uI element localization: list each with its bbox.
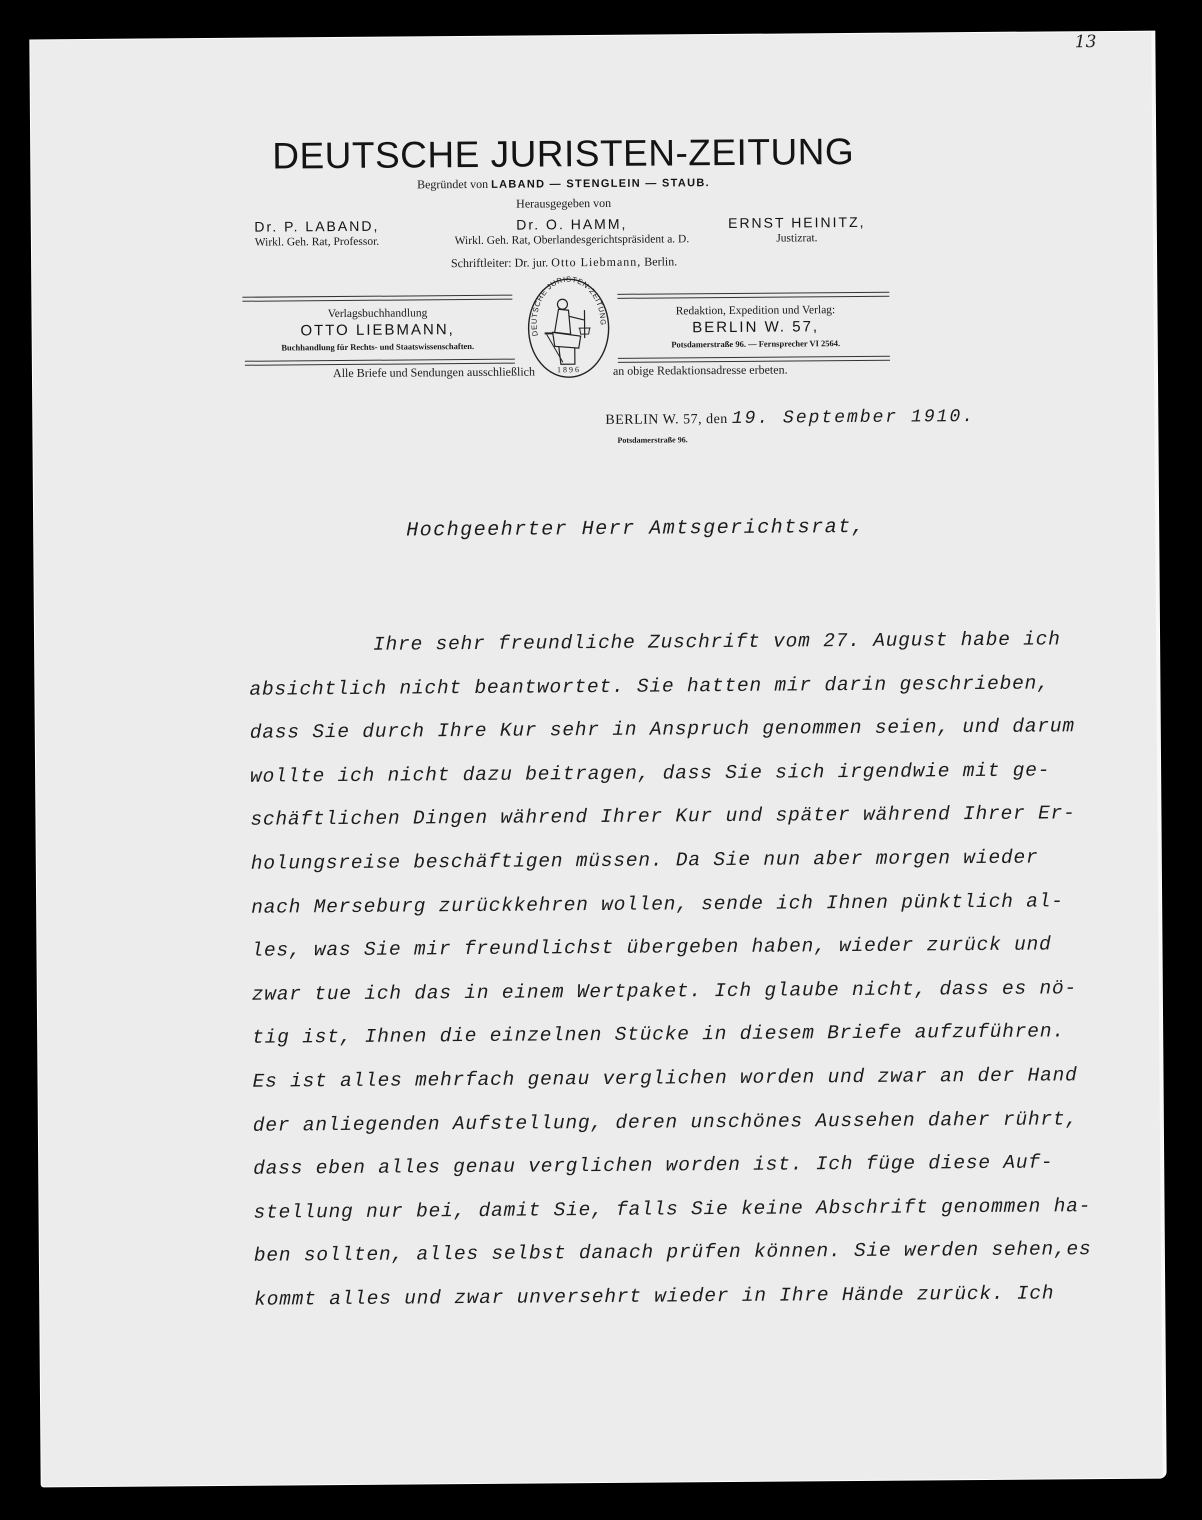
dateline-date: 19. September 1910. bbox=[732, 407, 975, 429]
office-city: BERLIN W. 57, bbox=[615, 318, 897, 338]
body-line: ben sollten, alles selbst danach prüfen … bbox=[254, 1228, 1154, 1279]
body-line: der anliegenden Aufstellung, deren unsch… bbox=[253, 1097, 1153, 1148]
letter-page: 13 DEUTSCHE JURISTEN-ZEITUNG Begründet v… bbox=[30, 32, 1165, 1487]
publisher-subtitle: Buchhandlung für Rechts- und Staatswisse… bbox=[233, 339, 523, 355]
divider-rule bbox=[242, 295, 512, 302]
publisher-name: OTTO LIEBMANN, bbox=[233, 321, 523, 341]
founders-line: Begründet von LABAND — STENGLEIN — STAUB… bbox=[227, 174, 899, 194]
founders-prefix: Begründet von bbox=[417, 177, 488, 192]
dateline-street: Potsdamerstraße 96. bbox=[617, 435, 687, 445]
editor-title: Wirkl. Geh. Rat, Oberlandesgerichtspräsi… bbox=[427, 231, 717, 249]
body-line: dass Sie durch Ihre Kur sehr in Anspruch… bbox=[250, 705, 1150, 756]
editor-title: Wirkl. Geh. Rat, Professor. bbox=[222, 233, 412, 250]
notice-right: an obige Redaktionsadresse erbeten. bbox=[613, 362, 873, 379]
schriftleiter-prefix: Schriftleiter: Dr. jur. bbox=[451, 255, 548, 270]
schriftleiter-line: Schriftleiter: Dr. jur. Otto Liebmann, B… bbox=[228, 253, 900, 273]
editor-heinitz: ERNST HEINITZ, Justizrat. bbox=[692, 214, 902, 248]
body-line: tig ist, Ihnen die einzelnen Stücke in d… bbox=[252, 1010, 1152, 1061]
letter-body: Ihre sehr freundliche Zuschrift vom 27. … bbox=[249, 618, 1154, 1323]
editor-laband: Dr. P. LABAND, Wirkl. Geh. Rat, Professo… bbox=[222, 217, 412, 250]
body-line: holungsreise beschäftigen müssen. Da Sie… bbox=[251, 836, 1151, 887]
folio-number: 13 bbox=[1075, 32, 1097, 52]
body-line: Ihre sehr freundliche Zuschrift vom 27. … bbox=[249, 618, 1149, 669]
divider-rule bbox=[617, 292, 889, 299]
body-line: zwar tue ich das in einem Wertpaket. Ich… bbox=[252, 966, 1152, 1017]
editor-name: Dr. P. LABAND, bbox=[222, 217, 412, 234]
editor-name: ERNST HEINITZ, bbox=[692, 214, 902, 232]
editor-hamm: Dr. O. HAMM, Wirkl. Geh. Rat, Oberlandes… bbox=[427, 215, 717, 249]
notice-left: Alle Briefe und Sendungen ausschließlich bbox=[255, 364, 535, 381]
salutation: Hochgeehrter Herr Amtsgerichtsrat, bbox=[406, 516, 865, 543]
body-line: wollte ich nicht dazu beitragen, dass Si… bbox=[250, 748, 1150, 799]
publisher-block: Verlagsbuchhandlung OTTO LIEBMANN, Buchh… bbox=[232, 305, 522, 355]
schriftleiter-suffix: Berlin. bbox=[644, 254, 677, 268]
office-address: Potsdamerstraße 96. — Fernsprecher VI 25… bbox=[615, 336, 897, 352]
founders-names: LABAND — STENGLEIN — STAUB. bbox=[491, 177, 710, 191]
body-line: dass eben alles genau verglichen worden … bbox=[253, 1141, 1153, 1192]
masthead-title: DEUTSCHE JURISTEN-ZEITUNG bbox=[227, 132, 899, 177]
emblem-year: 1896 bbox=[557, 365, 581, 374]
schriftleiter-name: Otto Liebmann, bbox=[551, 255, 641, 270]
body-line: schäftlichen Dingen während Ihrer Kur un… bbox=[250, 792, 1150, 843]
editors-label: Herausgegeben von bbox=[228, 194, 900, 214]
office-block: Redaktion, Expedition und Verlag: BERLIN… bbox=[614, 302, 896, 352]
body-line: absichtlich nicht beantwortet. Sie hatte… bbox=[249, 661, 1149, 712]
body-line: kommt alles und zwar unversehrt wieder i… bbox=[254, 1272, 1154, 1323]
dateline: BERLIN W. 57, den 19. September 1910. bbox=[605, 407, 975, 430]
body-line: les, was Sie mir freundlichst übergeben … bbox=[251, 923, 1151, 974]
body-line: stellung nur bei, damit Sie, falls Sie k… bbox=[253, 1184, 1153, 1235]
editor-title: Justizrat. bbox=[692, 230, 902, 248]
body-line: Es ist alles mehrfach genau verglichen w… bbox=[252, 1054, 1152, 1105]
dateline-place: BERLIN W. 57, den bbox=[605, 412, 728, 428]
body-line: nach Merseburg zurückkehren wollen, send… bbox=[251, 879, 1151, 930]
